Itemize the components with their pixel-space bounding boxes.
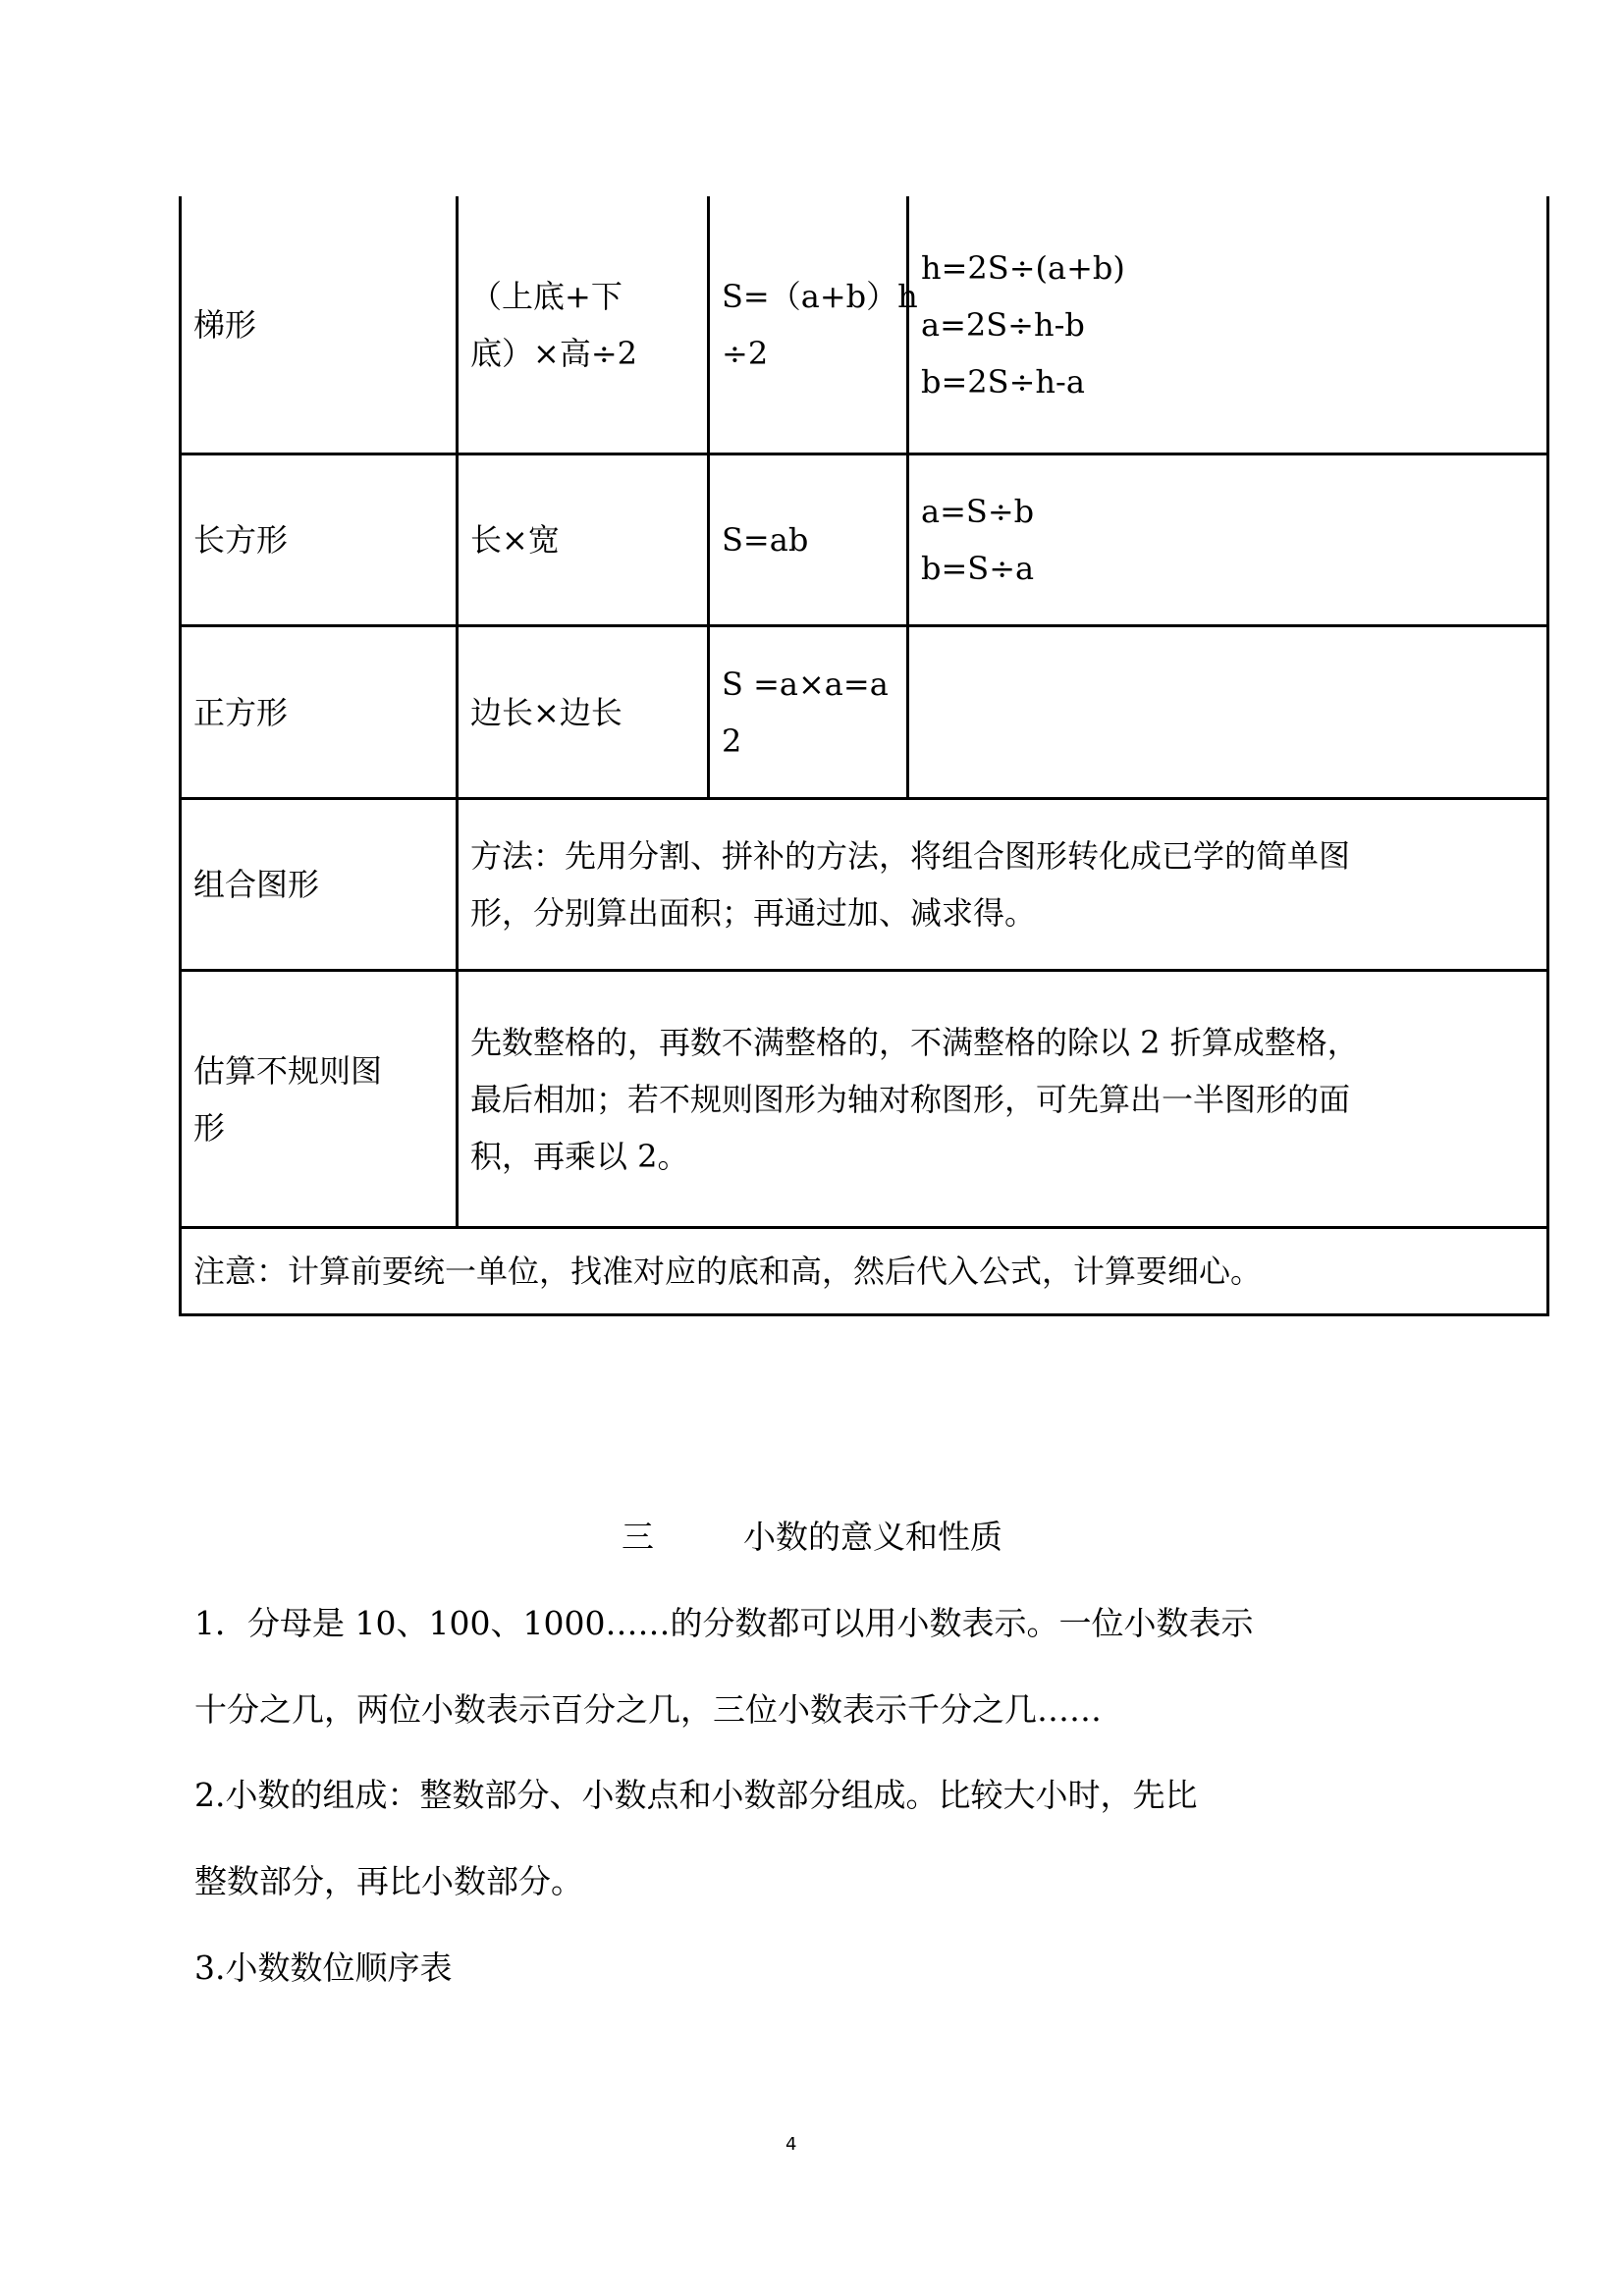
paragraph-line: 2.小数的组成：整数部分、小数点和小数部分组成。比较大小时，先比 [194,1770,1198,1816]
note-cell: 注意：计算前要统一单位，找准对应的底和高，然后代入公式，计算要细心。 [179,1229,1549,1313]
words-formula-cell: 边长×边长 [456,627,707,797]
shape-cell: 长方形 [179,455,456,624]
table-row-square: 正方形 边长×边长 S =a×a=a 2 [179,627,1549,800]
table-row-combined-shapes: 组合图形 方法：先用分割、拼补的方法，将组合图形转化成已学的简单图 形，分别算出… [179,800,1549,972]
derived-formula-line: a=2S÷h-b [921,296,1546,353]
section-title: 小数的意义和性质 [743,1518,1002,1556]
method-line: 最后相加；若不规则图形为轴对称图形，可先算出一半图形的面 [470,1071,1546,1128]
shape-name: 估算不规则图 [193,1042,456,1099]
shape-name: 正方形 [193,684,456,741]
shape-cell: 正方形 [179,627,456,797]
letter-formula-line: S =a×a=a [722,656,906,713]
page-number: 4 [785,2134,796,2155]
letter-formula-line: S=（a+b）h [722,268,906,325]
letter-formula-line: 2 [722,713,906,770]
note-text: 注意：计算前要统一单位，找准对应的底和高，然后代入公式，计算要细心。 [193,1243,1546,1300]
words-formula-line: （上底+下 [470,268,707,325]
section-heading: 三 小数的意义和性质 [0,1512,1624,1558]
letter-formula-line: ÷2 [722,325,906,382]
words-formula-cell: （上底+下 底）×高÷2 [456,196,707,453]
letter-formula-cell: S=（a+b）h ÷2 [707,196,906,453]
derived-formula-line: b=S÷a [921,540,1546,597]
shape-name: 长方形 [193,511,456,568]
words-formula-line: 长×宽 [470,511,707,568]
shape-cell: 梯形 [179,196,456,453]
letter-formula-cell: S=ab [707,455,906,624]
paragraph-line: 1．分母是 10、100、1000……的分数都可以用小数表示。一位小数表示 [194,1598,1253,1644]
method-line: 积，再乘以 2。 [470,1128,1546,1185]
words-formula-line: 边长×边长 [470,684,707,741]
table-row-note: 注意：计算前要统一单位，找准对应的底和高，然后代入公式，计算要细心。 [179,1229,1549,1316]
derived-formula-line: a=S÷b [921,483,1546,540]
paragraph-line: 十分之几，两位小数表示百分之几，三位小数表示千分之几…… [194,1684,1102,1731]
derived-formula-cell [906,627,1549,797]
letter-formula-cell: S =a×a=a 2 [707,627,906,797]
shape-name: 形 [193,1099,456,1156]
derived-formula-line: h=2S÷(a+b) [921,240,1546,296]
shape-cell: 组合图形 [179,800,456,969]
paragraph-line: 整数部分，再比小数部分。 [194,1856,583,1902]
table-row-irregular-shapes: 估算不规则图 形 先数整格的，再数不满整格的，不满整格的除以 2 折算成整格， … [179,972,1549,1229]
section-number: 三 [622,1518,654,1556]
letter-formula-line: S=ab [722,511,906,568]
method-line: 形，分别算出面积；再通过加、减求得。 [470,884,1546,941]
shape-name: 梯形 [193,296,456,353]
derived-formula-cell: a=S÷b b=S÷a [906,455,1549,624]
derived-formula-cell: h=2S÷(a+b) a=2S÷h-b b=2S÷h-a [906,196,1549,453]
words-formula-line: 底）×高÷2 [470,325,707,382]
method-line: 先数整格的，再数不满整格的，不满整格的除以 2 折算成整格， [470,1014,1546,1071]
method-cell: 先数整格的，再数不满整格的，不满整格的除以 2 折算成整格， 最后相加；若不规则… [456,972,1549,1226]
shape-name: 组合图形 [193,856,456,913]
derived-formula-line: b=2S÷h-a [921,353,1546,410]
table-row-trapezoid: 梯形 （上底+下 底）×高÷2 S=（a+b）h ÷2 h=2S÷(a+b) a… [179,196,1549,455]
words-formula-cell: 长×宽 [456,455,707,624]
shape-cell: 估算不规则图 形 [179,972,456,1226]
table-row-rectangle: 长方形 长×宽 S=ab a=S÷b b=S÷a [179,455,1549,627]
method-cell: 方法：先用分割、拼补的方法，将组合图形转化成已学的简单图 形，分别算出面积；再通… [456,800,1549,969]
method-line: 方法：先用分割、拼补的方法，将组合图形转化成已学的简单图 [470,828,1546,884]
paragraph-line: 3.小数数位顺序表 [194,1943,453,1989]
